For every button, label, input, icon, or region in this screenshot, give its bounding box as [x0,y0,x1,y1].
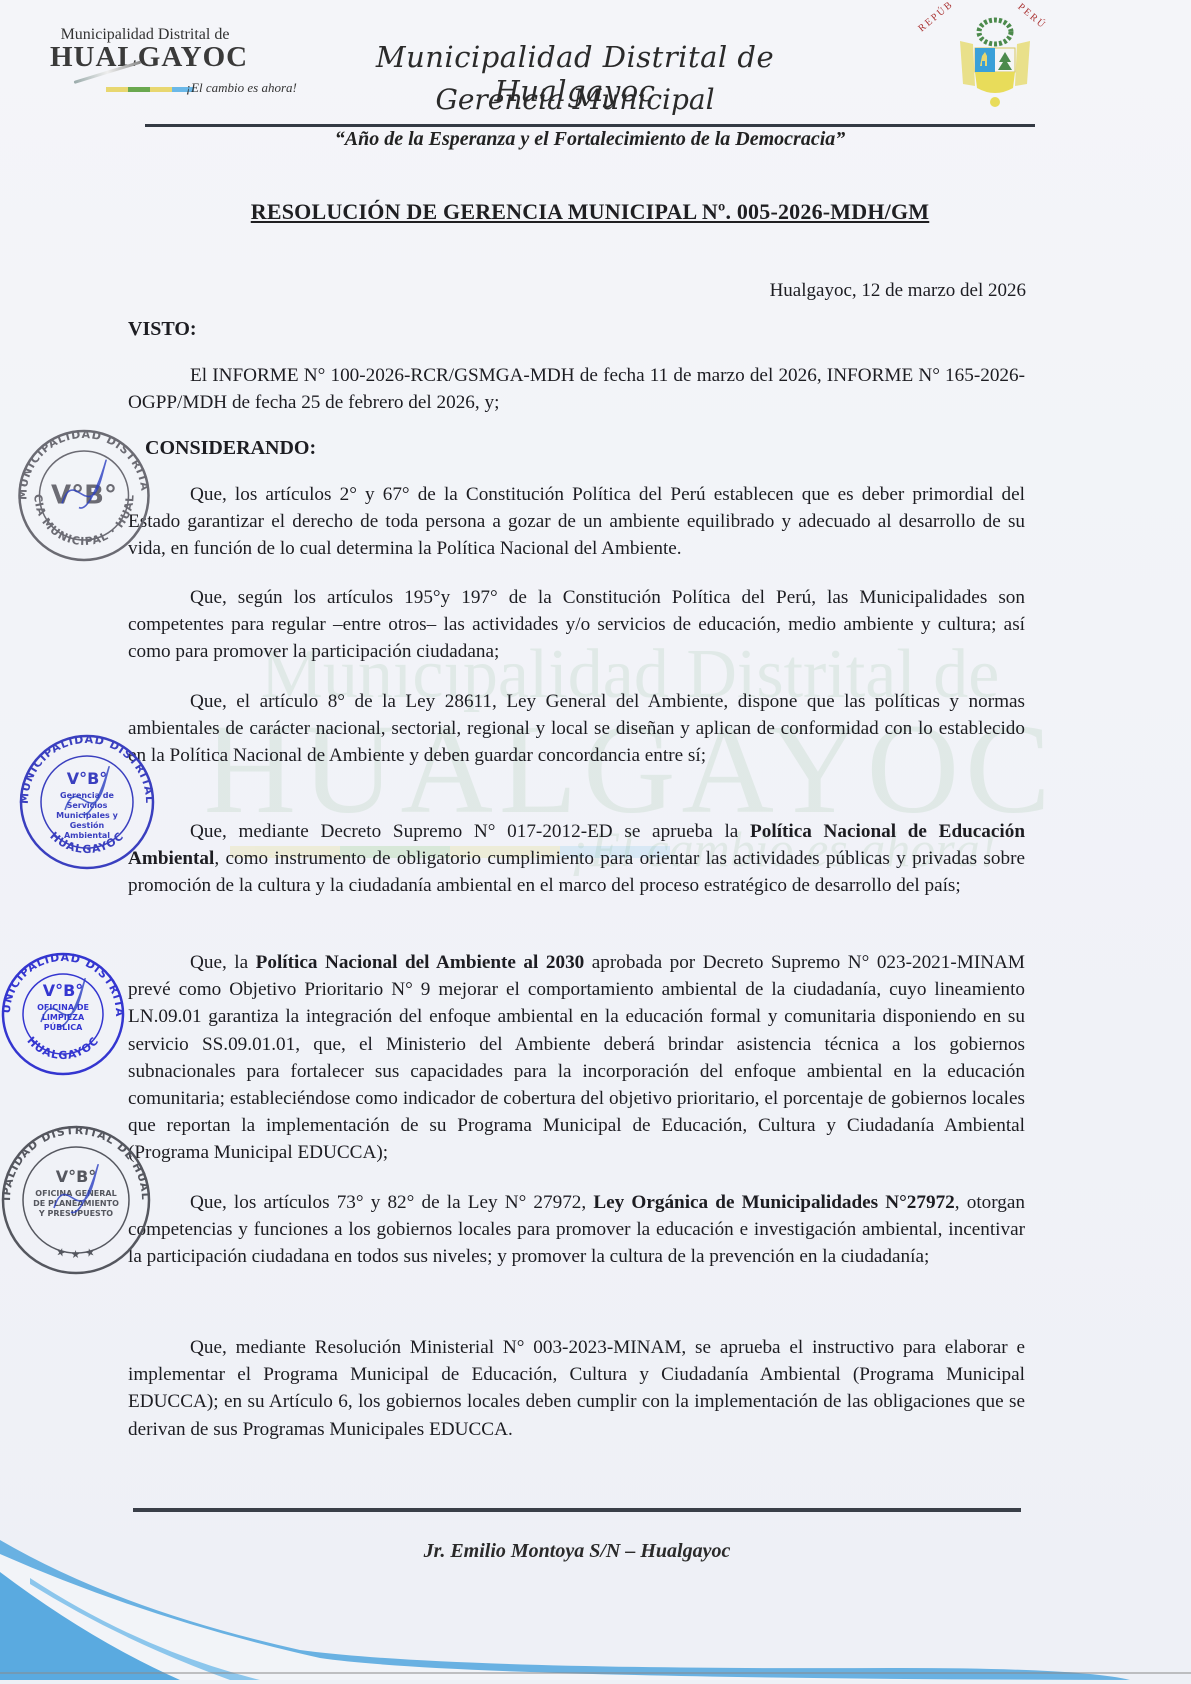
considerando-paragraph: Que, el artículo 8° de la Ley 28611, Ley… [128,688,1025,770]
considerando-paragraph: Que, según los artículos 195°y 197° de l… [128,584,1025,666]
svg-text:HUALGAYOC: HUALGAYOC [24,1034,101,1062]
paragraph-text: Que, según los artículos 195°y 197° de l… [128,587,1025,662]
header-subtitle: Gerencia Municipal [300,83,850,116]
footer-divider [133,1508,1021,1512]
planeamiento-presupuesto-stamp: MUNICIPALIDAD DISTRITAL DE HUALGAYOC★ ★ … [0,1118,152,1282]
page-edge [0,1672,1191,1674]
svg-text:OFICINA GENERAL: OFICINA GENERAL [35,1189,116,1198]
footer-address: Jr. Emilio Montoya S/N – Hualgayoc [133,1540,1021,1563]
stamp-seal-icon: MUNICIPALIDAD DISTRITAL DE HUALGAYOC★ ★ … [0,1118,152,1282]
svg-text:V°B°: V°B° [43,981,84,1000]
paragraph-text: Que, el artículo 8° de la Ley 28611, Ley… [128,691,1025,766]
svg-text:Gestión: Gestión [70,820,105,830]
svg-text:Y PRESUPUESTO: Y PRESUPUESTO [38,1209,113,1218]
paragraph-text: Que, la [190,952,256,973]
svg-text:Gerencia de: Gerencia de [60,791,114,800]
svg-text:OFICINA DE: OFICINA DE [37,1003,89,1012]
visto-text: El INFORME N° 100-2026-RCR/GSMGA-MDH de … [128,362,1025,416]
paragraph-text: , como instrumento de obligatorio cumpli… [128,848,1025,896]
stamp-seal-icon: MUNICIPALIDAD DISTRITALHUALGAYOCV°B°OFIC… [0,944,126,1084]
paragraph-text: aprobada por Decreto Supremo N° 023-2021… [128,952,1025,1163]
stamp-seal-icon: MUNICIPALIDAD DISTRITALHUALGAYOCV°B°Gere… [18,732,156,872]
logo-line2: HUALGAYOC [50,41,240,74]
municipality-logo: Municipalidad Distrital de HUALGAYOC ¡El… [50,26,270,74]
considerando-paragraph: Que, los artículos 2° y 67° de la Consti… [128,481,1025,563]
svg-text:★ ★ ★: ★ ★ ★ [54,1245,97,1261]
header-divider [145,124,1035,127]
svg-text:PÚBLICA: PÚBLICA [44,1021,83,1032]
visto-heading: VISTO: [128,318,197,341]
paragraph-text: Que, mediante Decreto Supremo N° 017-201… [190,821,750,842]
considerando-heading: CONSIDERANDO: [145,437,316,460]
paragraph-bold-text: Ley Orgánica de Municipalidades N°27972 [593,1192,954,1213]
considerando-paragraph: Que, mediante Decreto Supremo N° 017-201… [128,818,1025,900]
paragraph-text: Que, mediante Resolución Ministerial N° … [128,1337,1025,1440]
paragraph-bold-text: Política Nacional del Ambiente al 2030 [256,952,585,973]
considerando-paragraph: Que, mediante Resolución Ministerial N° … [128,1334,1025,1443]
paragraph-text: Que, los artículos 2° y 67° de la Consti… [128,484,1025,559]
place-date: Hualgayoc, 12 de marzo del 2026 [770,280,1026,302]
resolution-title: RESOLUCIÓN DE GERENCIA MUNICIPAL Nº. 005… [145,199,1035,225]
considerando-paragraph: Que, la Política Nacional del Ambiente a… [128,949,1025,1167]
logo-slogan: ¡El cambio es ahora! [186,80,297,96]
servicios-municipales-stamp: MUNICIPALIDAD DISTRITALHUALGAYOCV°B°Gere… [18,732,156,872]
logo-color-bars [106,87,194,92]
gerencia-municipal-stamp: MUNICIPALIDAD DISTRITALGERENCIA MUNICIPA… [14,428,154,563]
paragraph-text: Que, los artículos 73° y 82° de la Ley N… [190,1192,593,1213]
year-motto: “Año de la Esperanza y el Fortalecimient… [145,128,1035,151]
peru-coat-of-arms-icon: REPÚB PERÚ [915,6,1075,116]
stamp-seal-icon: MUNICIPALIDAD DISTRITALGERENCIA MUNICIPA… [14,428,154,563]
svg-text:V°B°: V°B° [67,769,108,788]
svg-text:V°B°: V°B° [56,1167,97,1186]
limpieza-publica-stamp: MUNICIPALIDAD DISTRITALHUALGAYOCV°B°OFIC… [0,944,126,1084]
document-page: Municipalidad Distrital de HUALGAYOC ¡El… [0,0,1191,1684]
considerando-paragraph: Que, los artículos 73° y 82° de la Ley N… [128,1189,1025,1271]
svg-text:Ambiental: Ambiental [64,831,110,840]
